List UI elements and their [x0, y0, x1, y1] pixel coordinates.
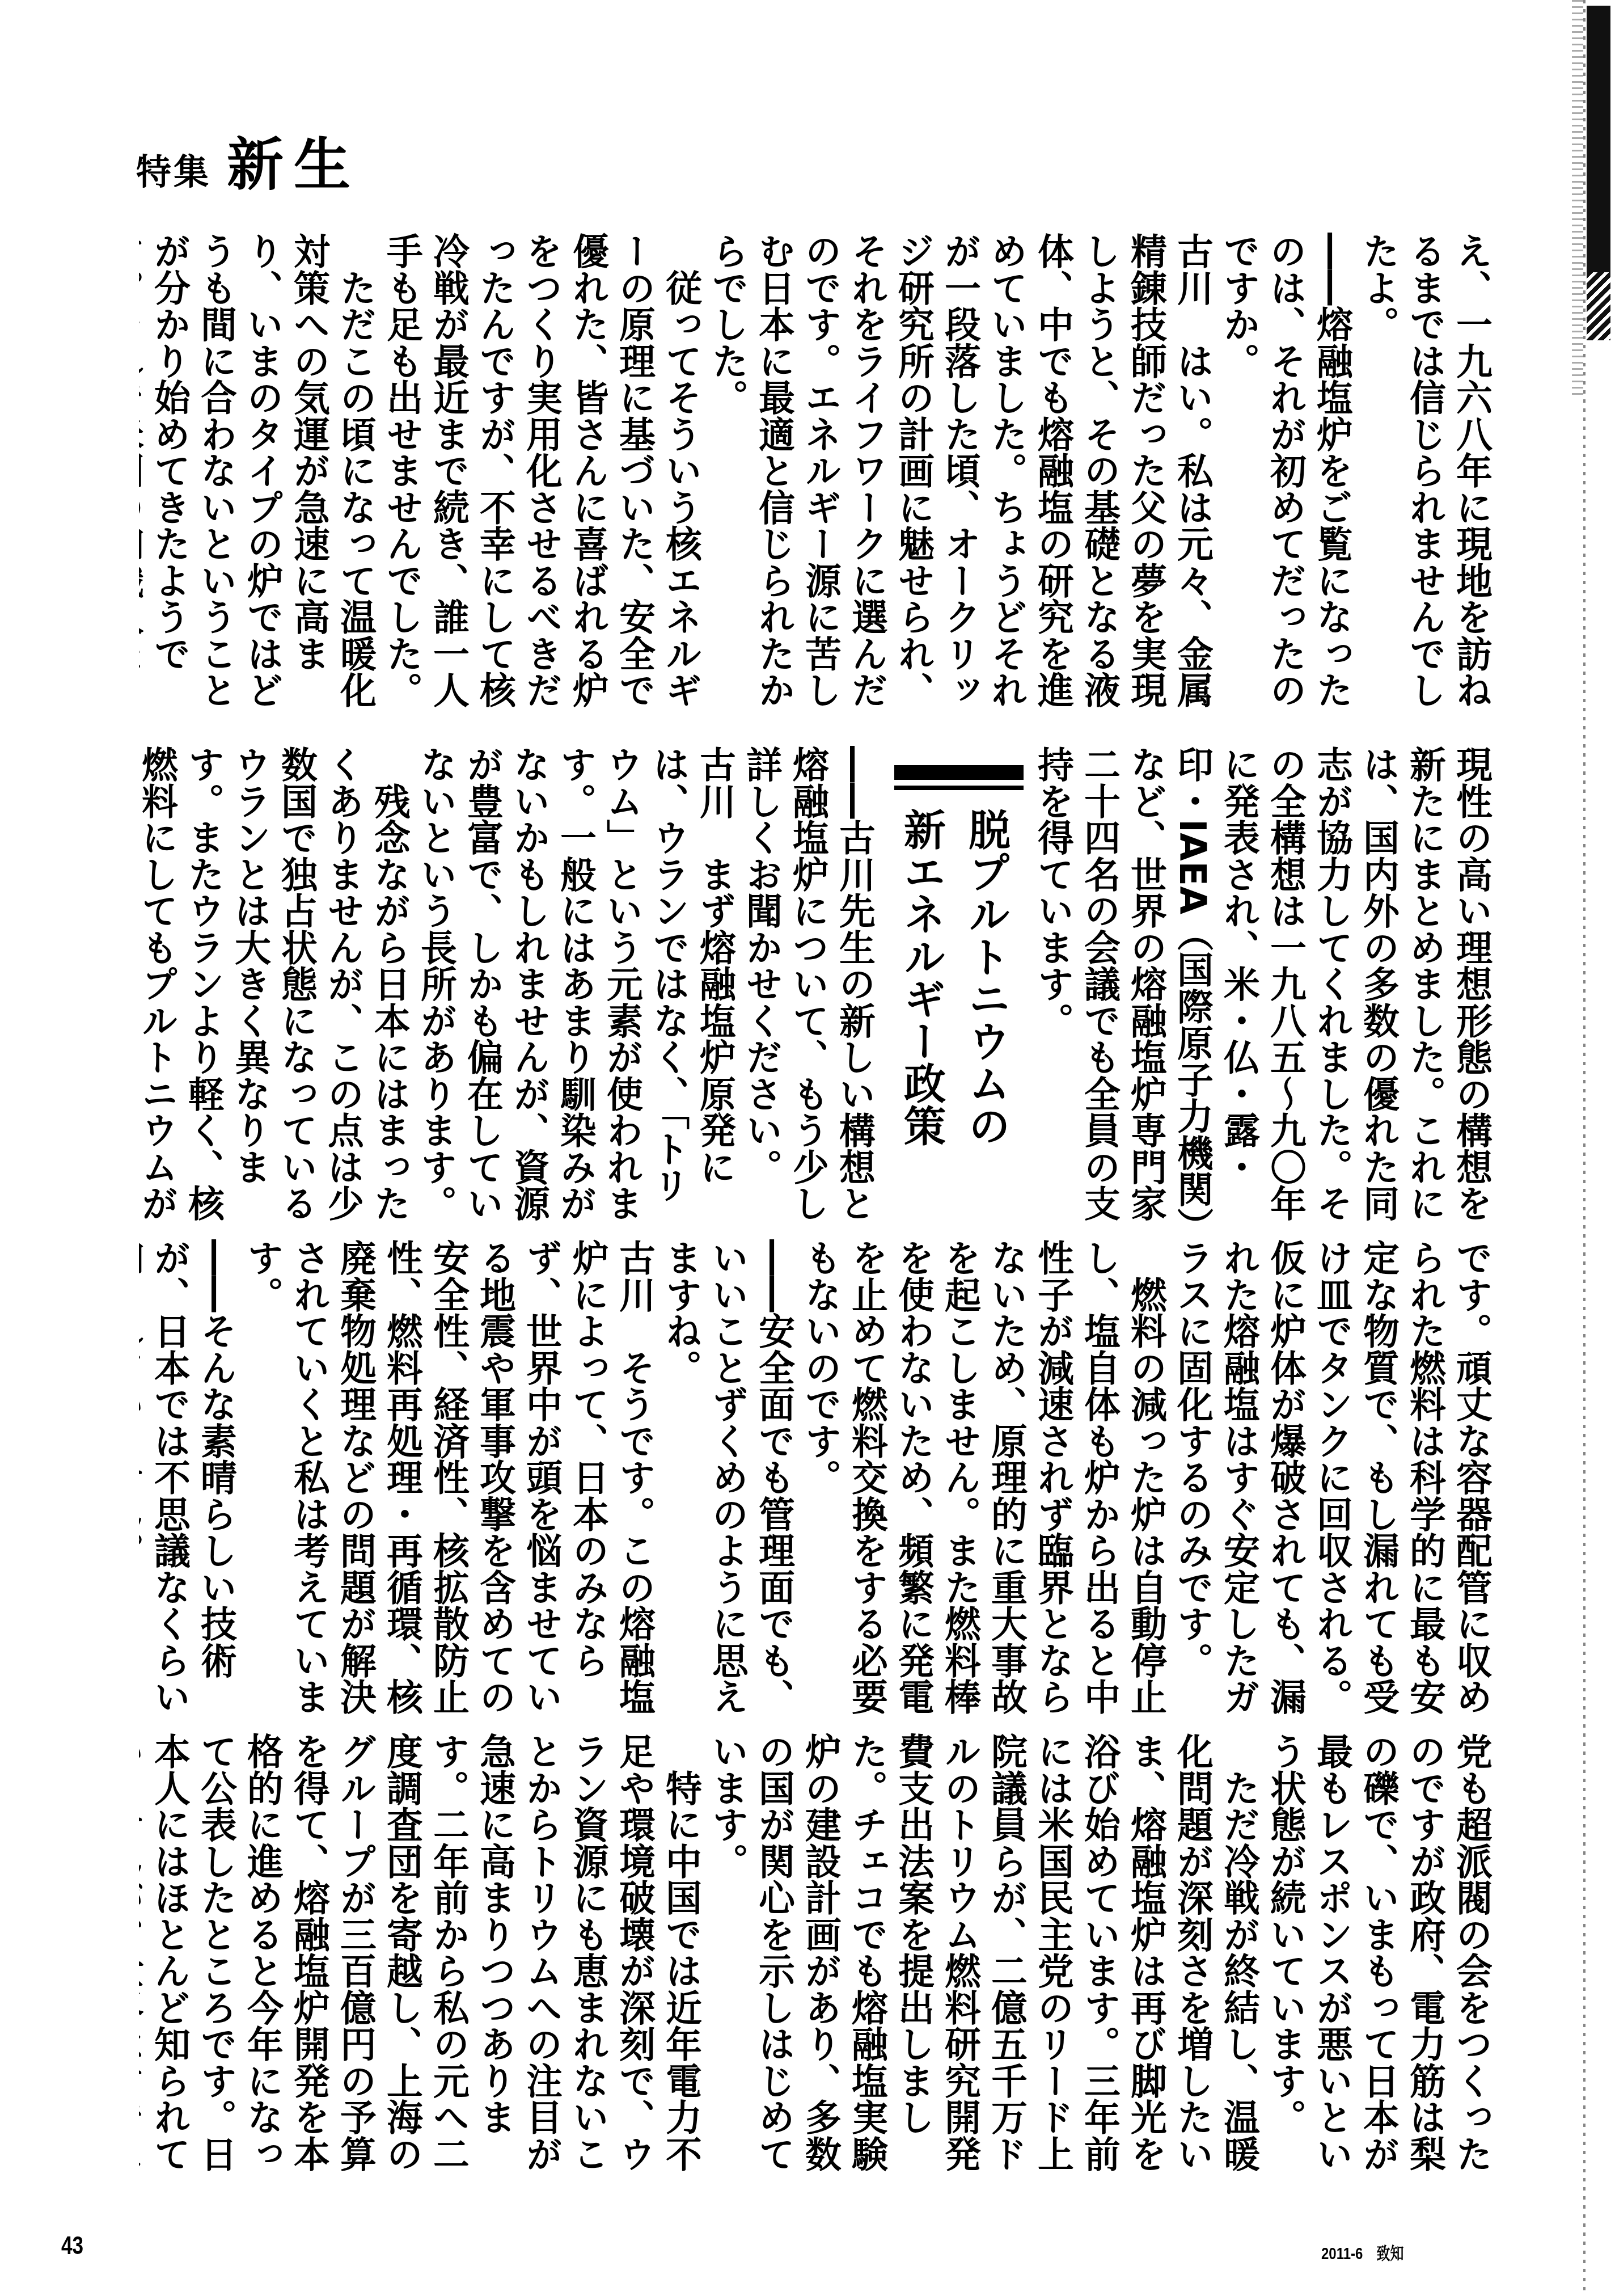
- interviewer-question: ――そんな素晴らしい技術が、日本では不思議なくらい知られていません。: [139, 1239, 239, 1721]
- interviewer-question: ――熔融塩炉をご覧になったのは、それが初めてだったのですか。: [1215, 233, 1355, 720]
- paragraph: 特に中国では近年電力不足や環境破壊が深刻で、ウラン資源にも恵まれないことからトリ…: [139, 1733, 704, 2204]
- paragraph: です。頑丈な容器配管に収められた燃料は科学的に最も安定な物質で、もし漏れても受け…: [1169, 1239, 1494, 1721]
- paragraph: 燃料の減った炉は自動停止し、塩自体も炉から出ると中性子が減速されず臨界とならない…: [797, 1239, 1169, 1721]
- feature-header: 特集 新生: [136, 119, 361, 201]
- scan-dark-edge: [1587, 6, 1610, 272]
- paragraph: ただ冷戦が終結し、温暖化問題が深刻さを増したいま、熔融塩炉は再び脚光を浴び始めて…: [704, 1733, 1262, 2204]
- paragraph: ただこの頃になって温暖化対策への気運が急速に高まり、いまのタイプの炉ではどうも間…: [139, 233, 378, 720]
- paragraph: 従ってそういう核エネルギーの原理に基づいた、安全で優れた、皆さんに喜ばれる炉をつ…: [378, 233, 704, 720]
- paragraph: 党も超派閥の会をつくったのですが政府、電力筋は梨の礫で、いまもって日本が最もレス…: [1262, 1733, 1494, 2204]
- scan-noise: [1572, 0, 1583, 397]
- interviewer-question: ――安全面でも管理面でも、いいことずくめのように思えますね。: [657, 1239, 797, 1721]
- paragraph: 残念ながら日本にはまったくありませんが、この点は少数国で独占状態になっているウラ…: [139, 746, 412, 1228]
- interviewer-question: ――古川先生の新しい構想と熔融塩炉について、もう少し詳しくお聞かせください。: [738, 746, 877, 1228]
- scan-gutter-line: [1583, 0, 1586, 2296]
- paragraph: 古川 まず熔融塩炉原発には、ウランではなく、「トリウム」という元素が使われます。…: [412, 746, 738, 1228]
- scan-binding-edge: [1570, 0, 1615, 2296]
- section-heading-block: 脱プルトニウムの 新エネルギー政策: [894, 746, 1024, 1146]
- page-number: 43: [61, 2232, 83, 2260]
- text-band-1: え、一九六八年に現地を訪ねるまでは信じられませんでしたよ。 ――熔融塩炉をご覧に…: [139, 233, 1494, 720]
- text-band-3: です。頑丈な容器配管に収められた燃料は科学的に最も安定な物質で、もし漏れても受け…: [139, 1239, 1494, 1721]
- feature-title: 新生: [227, 119, 361, 201]
- section-heading-line-1: 脱プルトニウムの: [959, 808, 1024, 1146]
- scan-hatched-edge: [1587, 272, 1610, 340]
- text-band-2: 現性の高い理想形態の構想を新たにまとめました。これには、国内外の多数の優れた同志…: [139, 746, 1494, 1228]
- paragraph: え、一九六八年に現地を訪ねるまでは信じられませんでしたよ。: [1355, 233, 1494, 720]
- text-band-4: 党も超派閥の会をつくったのですが政府、電力筋は梨の礫で、いまもって日本が最もレス…: [139, 1733, 1494, 2204]
- paragraph: 古川 そうです。この熔融塩炉によって、日本のみならず、世界中が頭を悩ませている地…: [239, 1239, 657, 1721]
- issue-label: 2011-6 致知: [1321, 2239, 1403, 2264]
- paragraph: 古川 はい。私は元々、金属精錬技師だった父の夢を実現しようと、その基礎となる液体…: [704, 233, 1215, 720]
- section-heading-line-2: 新エネルギー政策: [894, 808, 959, 1146]
- paragraph: 現性の高い理想形態の構想を新たにまとめました。これには、国内外の多数の優れた同志…: [1029, 746, 1494, 1228]
- feature-label: 特集: [136, 144, 211, 195]
